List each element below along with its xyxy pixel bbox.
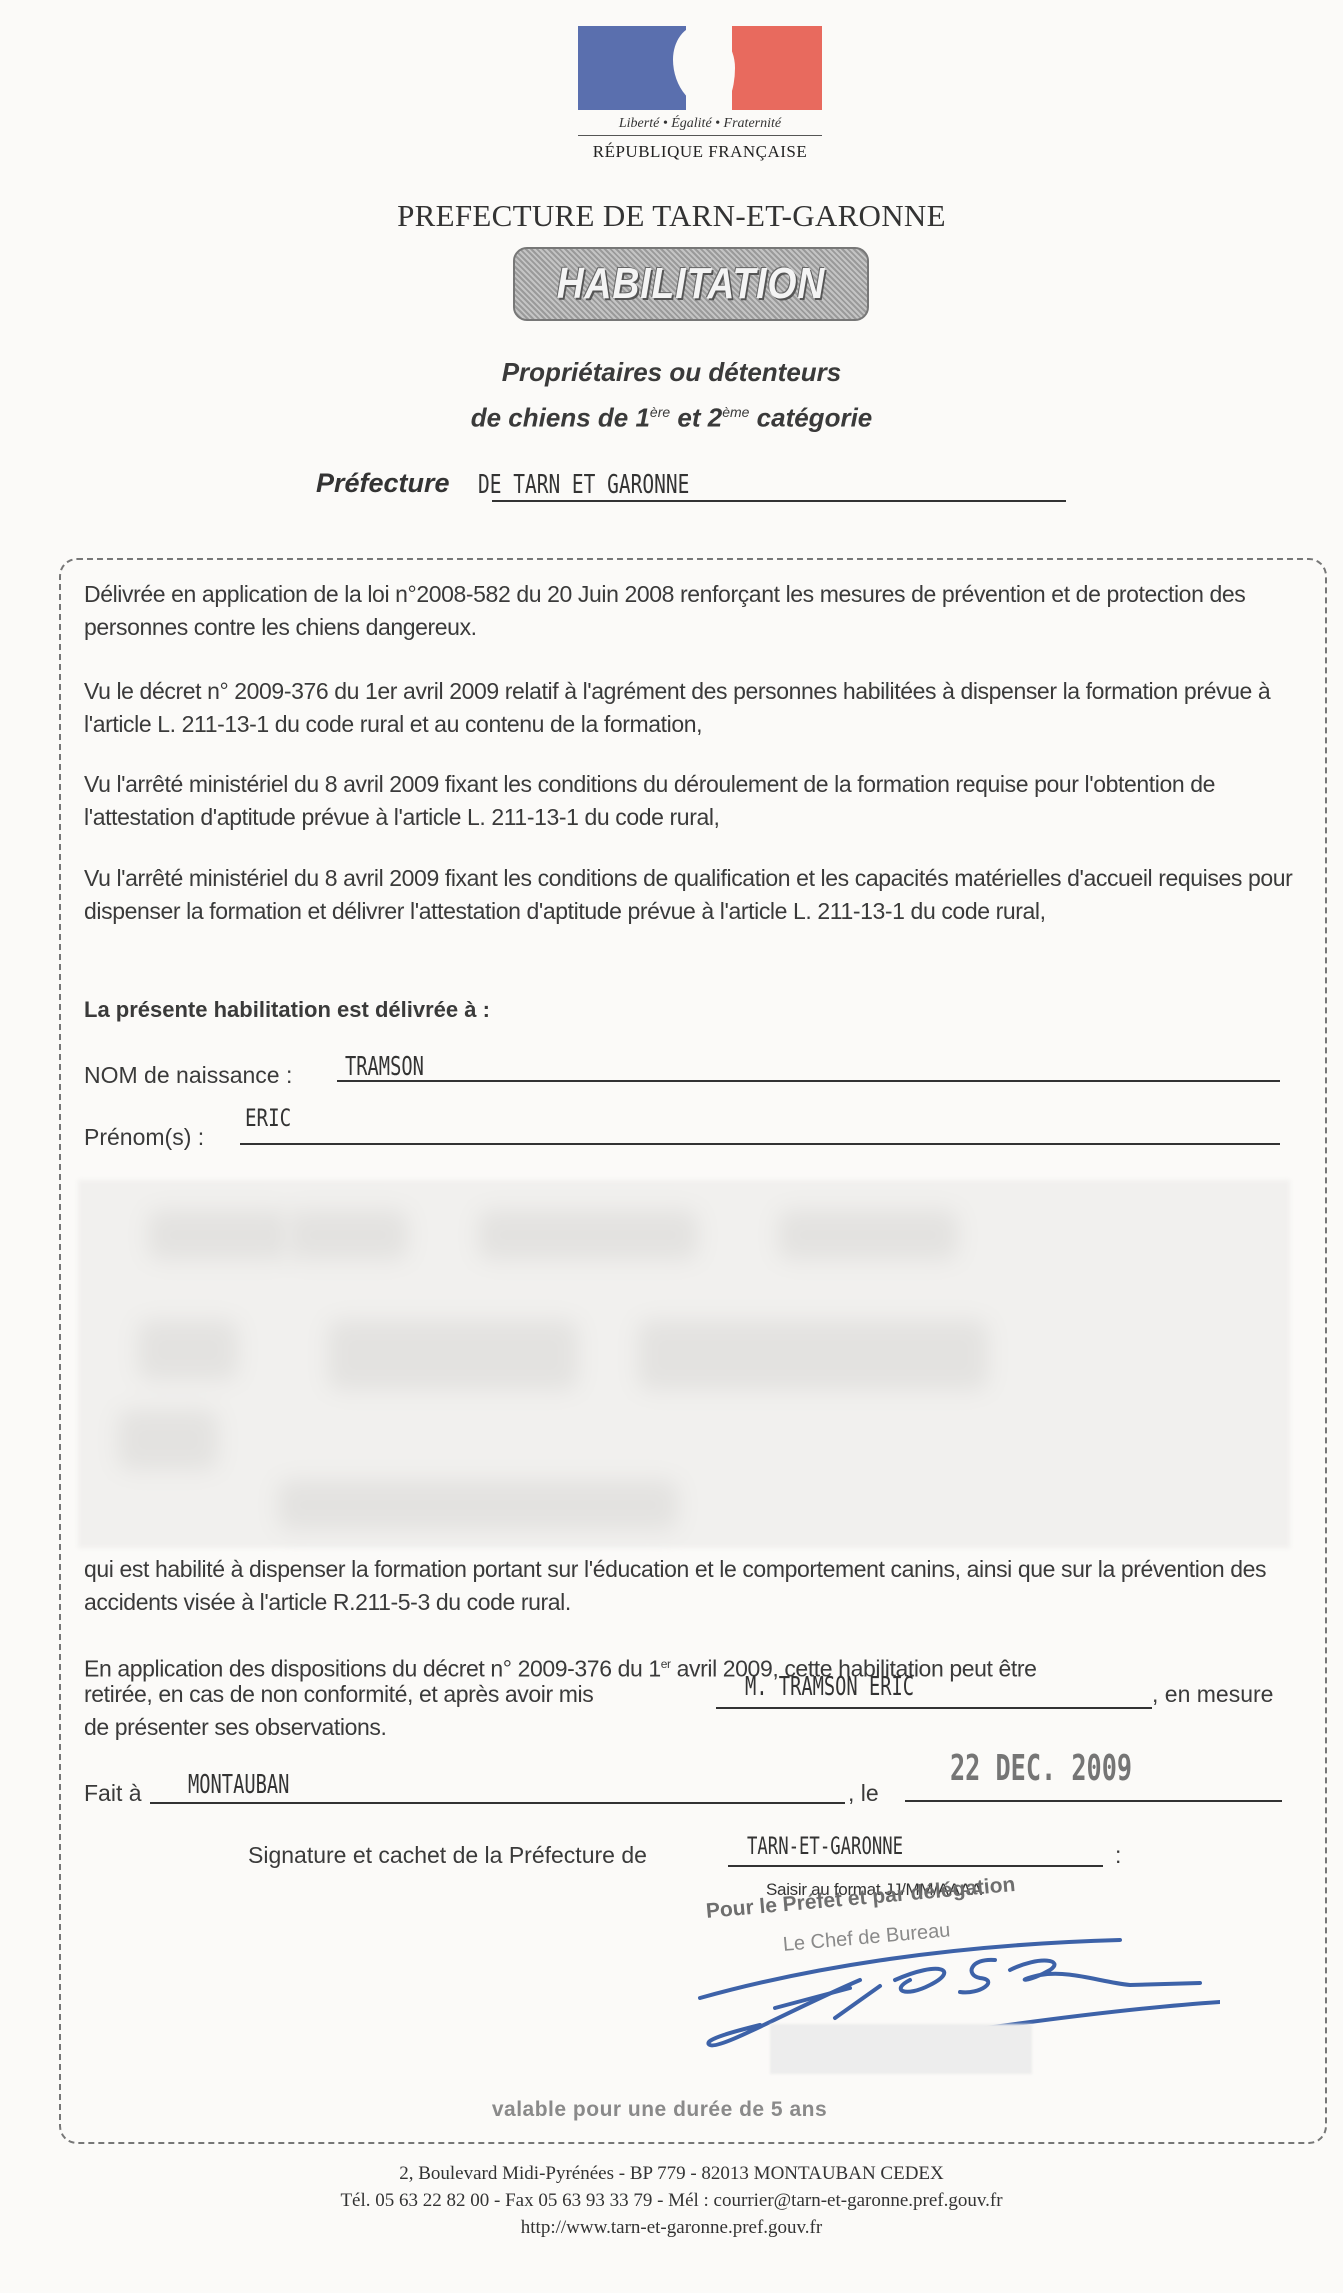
marianne-logo: Liberté • Égalité • Fraternité RÉPUBLIQU… xyxy=(578,26,822,166)
signature-label: Signature et cachet de la Préfecture de xyxy=(248,1842,647,1869)
paragraph-order-2: Vu l'arrêté ministériel du 8 avril 2009 … xyxy=(84,862,1294,928)
subtitle-line-1: Propriétaires ou détenteurs xyxy=(0,352,1343,392)
footer-address: 2, Boulevard Midi-Pyrénées - BP 779 - 82… xyxy=(0,2163,1343,2185)
withdrawal-line-2-end: , en mesure xyxy=(1152,1681,1273,1708)
prefecture-title: PREFECTURE DE TARN-ET-GARONNE xyxy=(0,198,1343,234)
withdrawal-line-2: retirée, en cas de non conformité, et ap… xyxy=(84,1681,593,1708)
qualification-text: qui est habilité à dispenser la formatio… xyxy=(84,1553,1294,1619)
paragraph-decree: Vu le décret n° 2009-376 du 1er avril 20… xyxy=(84,675,1294,741)
delivered-to-heading: La présente habilitation est délivrée à … xyxy=(84,993,1294,1026)
first-name-value: ERIC xyxy=(245,1104,291,1132)
habilitation-badge: HABILITATION xyxy=(513,247,869,321)
birth-name-label: NOM de naissance : xyxy=(84,1062,292,1089)
footer-website[interactable]: http://www.tarn-et-garonne.pref.gouv.fr xyxy=(0,2217,1343,2239)
withdrawal-person: M. TRAMSON ERIC xyxy=(745,1672,914,1702)
validity-notice: valable pour une durée de 5 ans xyxy=(0,2098,1331,2122)
first-name-label: Prénom(s) : xyxy=(84,1124,204,1151)
birth-name-value: TRAMSON xyxy=(345,1052,424,1082)
french-flag-icon xyxy=(578,26,822,110)
signature-prefecture: TARN-ET-GARONNE xyxy=(747,1832,903,1860)
withdrawal-line-1: En application des dispositions du décre… xyxy=(84,1648,1294,1686)
paragraph-law: Délivrée en application de la loi n°2008… xyxy=(84,578,1294,644)
prefecture-field: Préfecture DE TARN ET GARONNE xyxy=(316,466,1066,506)
signature-colon: : xyxy=(1115,1842,1121,1869)
made-at-label: Fait à xyxy=(84,1780,142,1807)
prefecture-label: Préfecture xyxy=(316,468,450,499)
withdrawal-line-3: de présenter ses observations. xyxy=(84,1714,387,1741)
date-label: , le xyxy=(848,1780,879,1807)
footer-contact: Tél. 05 63 22 82 00 - Fax 05 63 93 33 79… xyxy=(0,2190,1343,2212)
redacted-signer-name xyxy=(770,2024,1032,2074)
prefecture-value: DE TARN ET GARONNE xyxy=(478,470,689,500)
paragraph-order-1: Vu l'arrêté ministériel du 8 avril 2009 … xyxy=(84,768,1294,834)
document-subtitle: Propriétaires ou détenteurs de chiens de… xyxy=(0,352,1343,438)
badge-label: HABILITATION xyxy=(557,259,825,309)
date-stamp: 22 DEC. 2009 xyxy=(950,1748,1132,1789)
made-at-value: MONTAUBAN xyxy=(188,1770,289,1800)
republic-motto: Liberté • Égalité • Fraternité xyxy=(578,116,822,136)
republic-name: RÉPUBLIQUE FRANÇAISE xyxy=(578,142,822,162)
subtitle-line-2: de chiens de 1ère et 2ème catégorie xyxy=(0,392,1343,438)
redacted-area xyxy=(78,1180,1290,1548)
